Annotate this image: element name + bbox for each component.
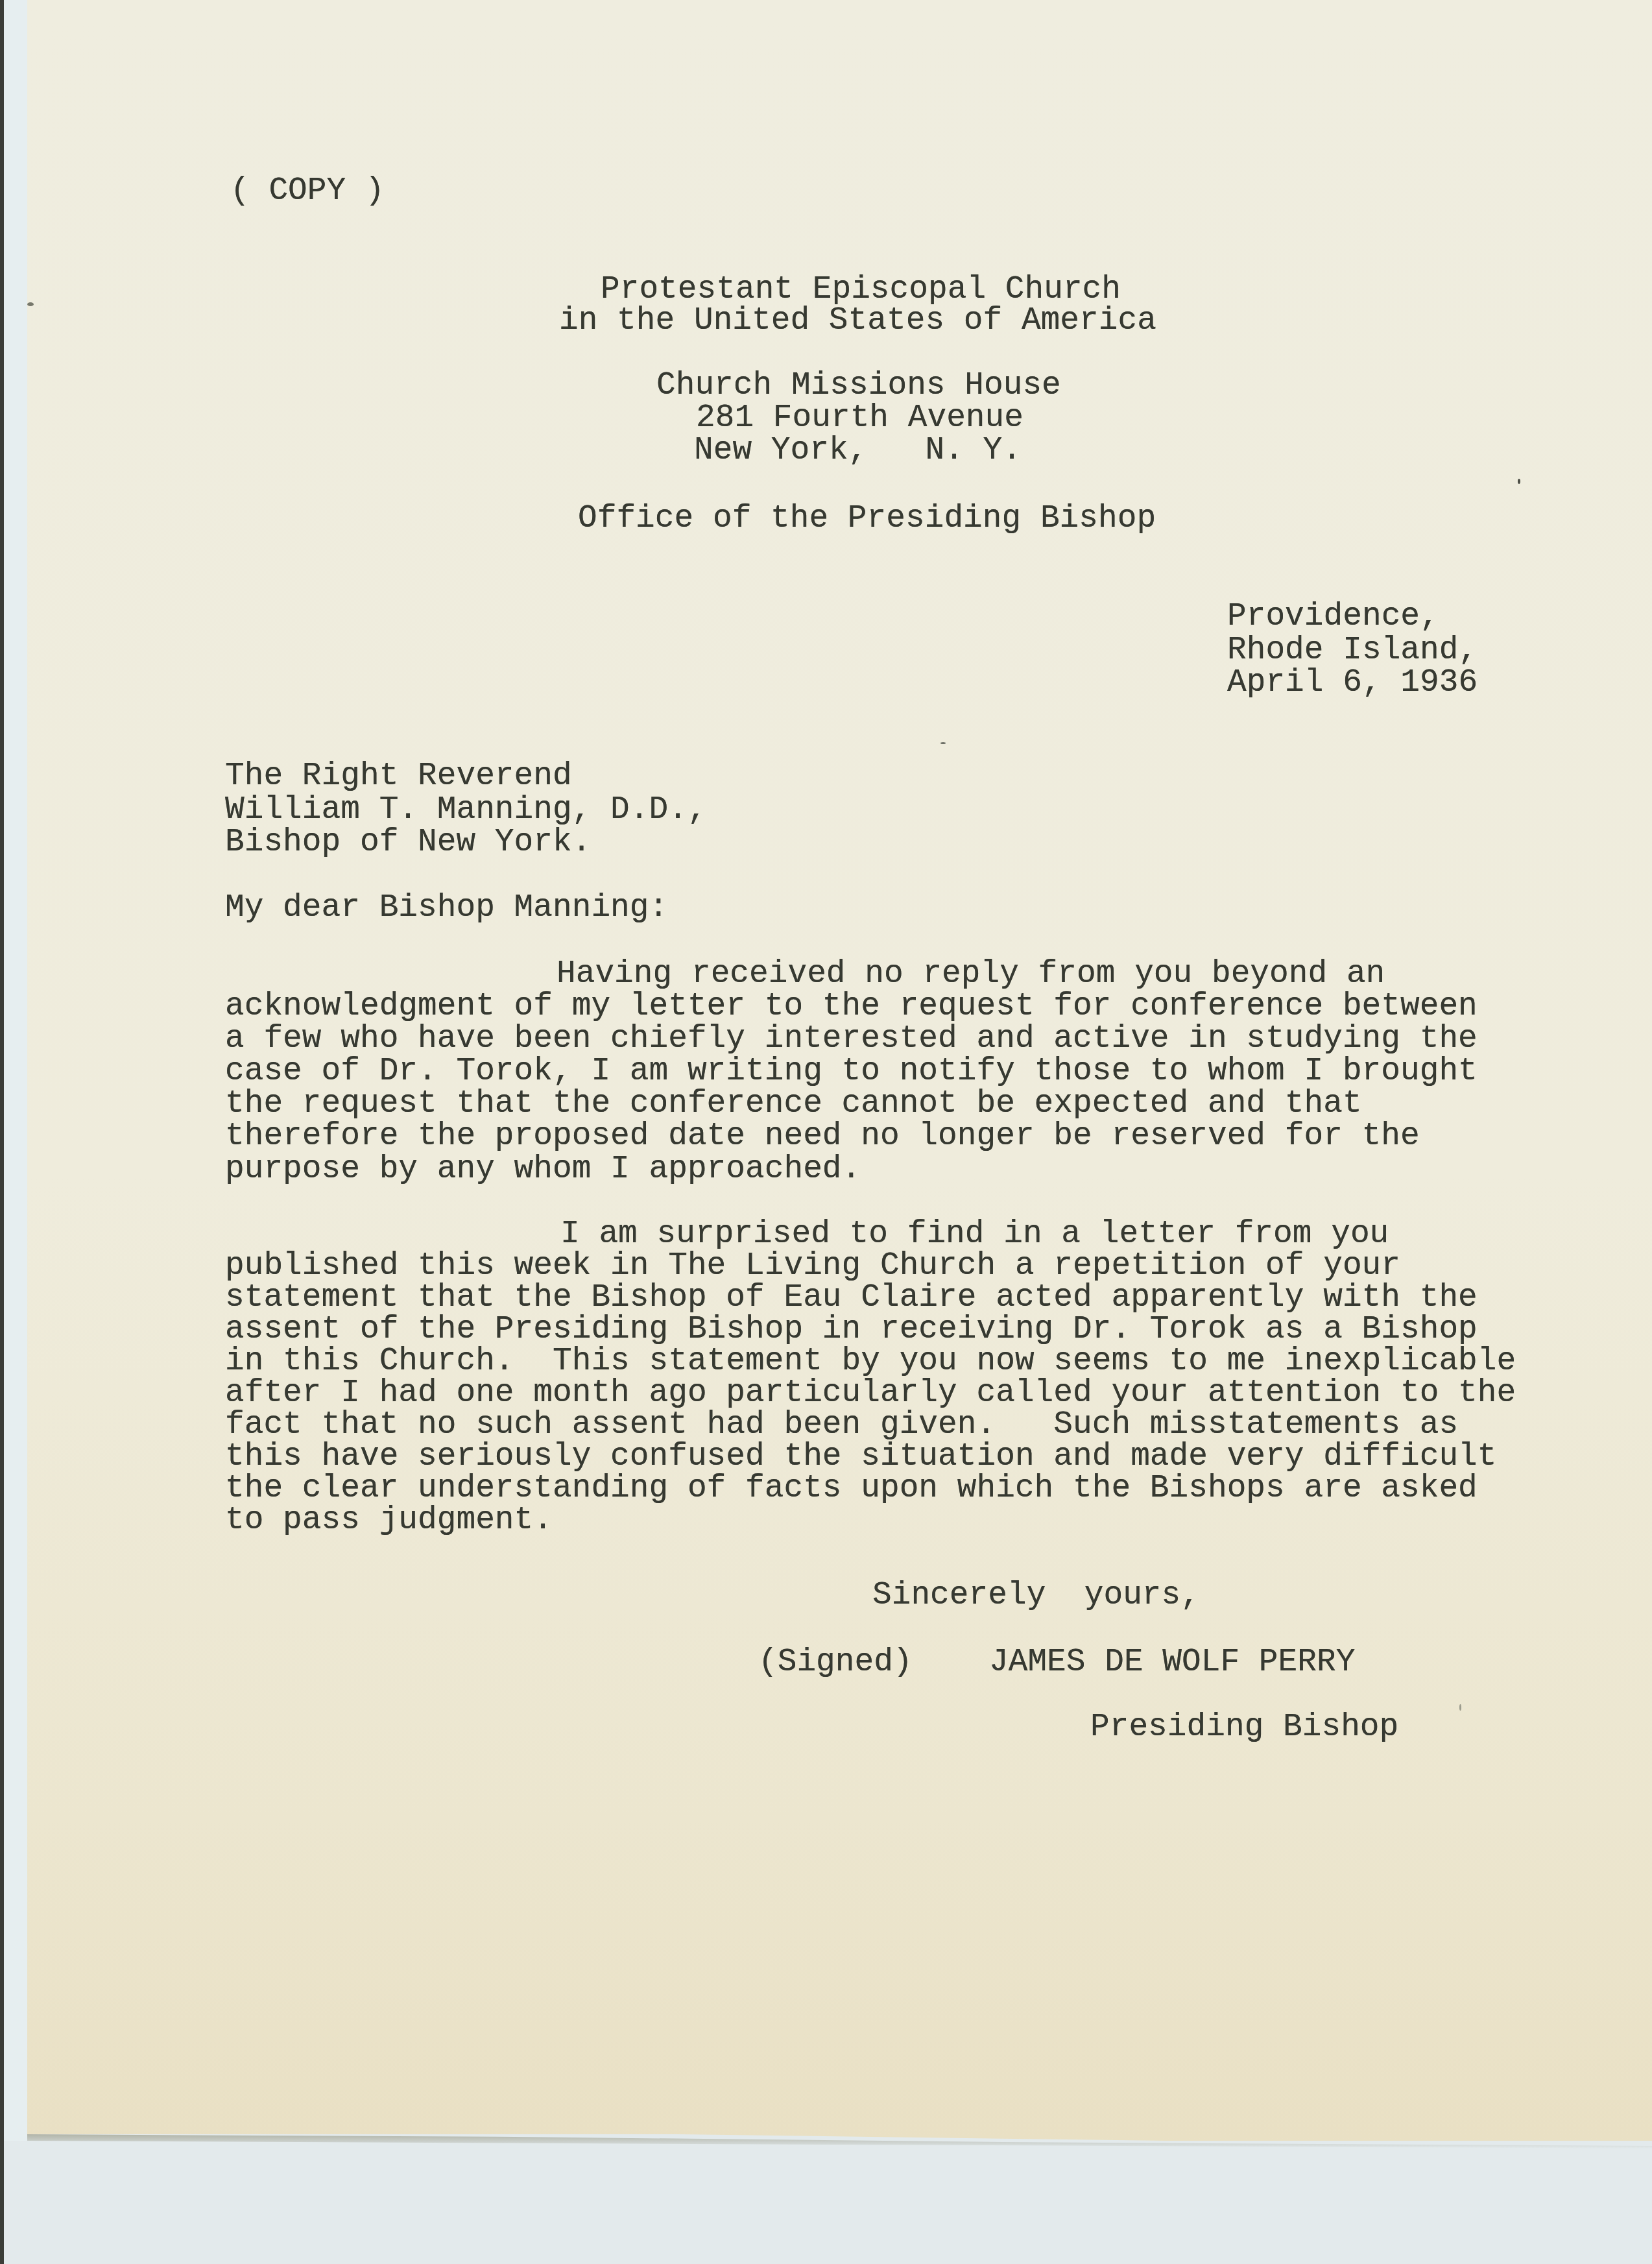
paragraph-line: acknowledgment of my letter to the reque…: [225, 990, 1478, 1022]
paper-speck: [1459, 1704, 1461, 1711]
paragraph-line: therefore the proposed date need no long…: [225, 1120, 1420, 1152]
letterhead-office: Office of the Presiding Bishop: [578, 502, 1156, 535]
dateline-city: Providence,: [1227, 600, 1439, 632]
letterhead-org-line-1: Protestant Episcopal Church: [601, 273, 1121, 306]
signed-label: (Signed): [758, 1646, 913, 1678]
dateline-date: April 6, 1936: [1227, 666, 1478, 699]
paragraph-line: the request that the conference cannot b…: [225, 1087, 1362, 1120]
paragraph-line: case of Dr. Torok, I am writing to notif…: [225, 1055, 1478, 1087]
letterhead-org-line-2: in the United States of America: [559, 304, 1156, 337]
signer-name: JAMES DE WOLF PERRY: [989, 1646, 1355, 1678]
paragraph-line: a few who have been chiefly interested a…: [225, 1022, 1478, 1055]
letterhead-address-line-2: 281 Fourth Avenue: [696, 402, 1024, 434]
paragraph-line: I am surprised to find in a letter from …: [560, 1218, 1389, 1250]
complimentary-close: Sincerely yours,: [872, 1579, 1200, 1611]
paper-speck: [940, 742, 946, 744]
paragraph-line: this have seriously confused the situati…: [225, 1440, 1497, 1473]
paragraph-line: purpose by any whom I approached.: [225, 1153, 861, 1185]
paper-speck: [27, 302, 34, 306]
paragraph-line: assent of the Presiding Bishop in receiv…: [225, 1313, 1478, 1345]
recipient-line-2: William T. Manning, D.D.,: [225, 793, 707, 826]
letterhead-address-line-3: New York, N. Y.: [694, 434, 1022, 466]
paragraph-line: Having received no reply from you beyond…: [557, 957, 1385, 990]
paragraph-line: statement that the Bishop of Eau Claire …: [225, 1281, 1478, 1314]
dateline-state: Rhode Island,: [1227, 634, 1478, 666]
paragraph-line: in this Church. This statement by you no…: [225, 1345, 1516, 1377]
scanner-edge-light: [4, 0, 27, 2141]
paragraph-line: to pass judgment.: [225, 1504, 553, 1536]
paragraph-line: fact that no such assent had been given.…: [225, 1408, 1458, 1441]
paragraph-line: the clear understanding of facts upon wh…: [225, 1472, 1478, 1504]
paragraph-line: published this week in The Living Church…: [225, 1249, 1400, 1282]
paragraph-line: after I had one month ago particularly c…: [225, 1377, 1516, 1409]
paper-speck: [1518, 479, 1520, 484]
salutation: My dear Bishop Manning:: [225, 891, 668, 924]
copy-mark: ( COPY ): [230, 175, 385, 207]
recipient-line-3: Bishop of New York.: [225, 826, 591, 858]
signer-title: Presiding Bishop: [1090, 1711, 1398, 1743]
letterhead-address-line-1: Church Missions House: [656, 369, 1061, 402]
recipient-line-1: The Right Reverend: [225, 760, 572, 792]
